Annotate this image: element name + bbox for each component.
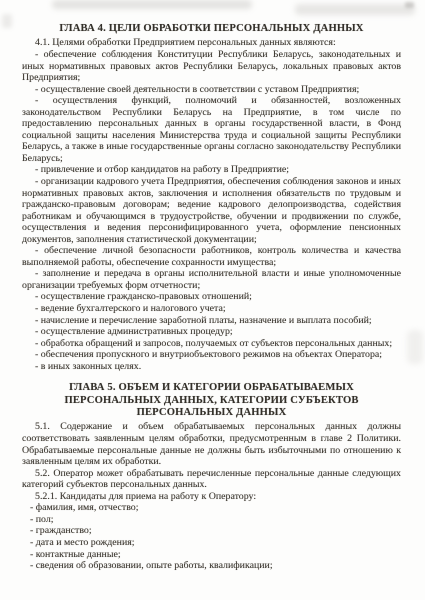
chapter4-title: ГЛАВА 4. ЦЕЛИ ОБРАБОТКИ ПЕРСОНАЛЬНЫХ ДАН… [22, 23, 401, 35]
chapter4-bullet: - начисление и перечисление заработной п… [22, 315, 401, 327]
chapter5-title-line: ПЕРСОНАЛЬНЫХ ДАННЫХ, КАТЕГОРИИ СУБЪЕКТОВ [22, 395, 401, 407]
scan-smudge-top-right [295, 4, 415, 15]
chapter4-bullet: - организации кадрового учета Предприяти… [22, 176, 401, 245]
chapter4-bullet: - привлечение и отбор кандидатов на рабо… [22, 164, 401, 176]
chapter4-bullet: - осуществление административных процеду… [22, 326, 401, 338]
paragraph-5-2-1: 5.2.1. Кандидаты для приема на работу к … [22, 491, 401, 503]
scan-smudge-top-left [52, 0, 252, 9]
chapter5-title-line: ПЕРСОНАЛЬНЫХ ДАННЫХ [22, 407, 401, 419]
scanned-document-page: ГЛАВА 4. ЦЕЛИ ОБРАБОТКИ ПЕРСОНАЛЬНЫХ ДАН… [0, 0, 425, 600]
chapter4-bullet: - ведение бухгалтерского и налогового уч… [22, 303, 401, 315]
chapter5-bullet: - контактные данные; [22, 549, 401, 561]
chapter4-bullet: - осуществления функций, полномочий и об… [22, 95, 401, 164]
document-content: ГЛАВА 4. ЦЕЛИ ОБРАБОТКИ ПЕРСОНАЛЬНЫХ ДАН… [22, 23, 401, 572]
paragraph-5-2: 5.2. Оператор может обрабатывать перечис… [22, 468, 401, 491]
scan-smudge-right-edge [407, 330, 423, 364]
chapter5-bullet: - гражданство; [22, 525, 401, 537]
chapter4-bullet: - обеспечение личной безопасности работн… [22, 245, 401, 268]
chapter4-bullet: - в иных законных целях. [22, 361, 401, 373]
chapter4-bullet: - обеспечение соблюдения Конституции Рес… [22, 49, 401, 84]
chapter5-title: ГЛАВА 5. ОБЪЕМ И КАТЕГОРИИ ОБРАБАТЫВАЕМЫ… [22, 382, 401, 419]
paragraph-4-1: 4.1. Целями обработки Предприятием персо… [22, 37, 401, 49]
chapter4-bullet: - обработка обращений и запросов, получа… [22, 338, 401, 350]
chapter4-bullet: - осуществление гражданско-правовых отно… [22, 291, 401, 303]
chapter5-bullet: - сведения об образовании, опыте работы,… [22, 560, 401, 572]
chapter4-bullet: - заполнение и передача в органы исполни… [22, 268, 401, 291]
chapter4-bullet: - осуществление своей деятельности в соо… [22, 84, 401, 96]
chapter5-bullet: - пол; [22, 514, 401, 526]
chapter5-bullet: - фамилия, имя, отчество; [22, 502, 401, 514]
paragraph-5-1: 5.1. Содержание и объем обрабатываемых п… [22, 421, 401, 467]
chapter4-bullet: - обеспечения пропускного и внутриобъект… [22, 349, 401, 361]
chapter5-title-line: ГЛАВА 5. ОБЪЕМ И КАТЕГОРИИ ОБРАБАТЫВАЕМЫ… [22, 382, 401, 394]
scan-speck-top-right [405, 2, 414, 8]
scan-smudge-left-edge [2, 14, 12, 28]
chapter5-bullet: - дата и место рождения; [22, 537, 401, 549]
